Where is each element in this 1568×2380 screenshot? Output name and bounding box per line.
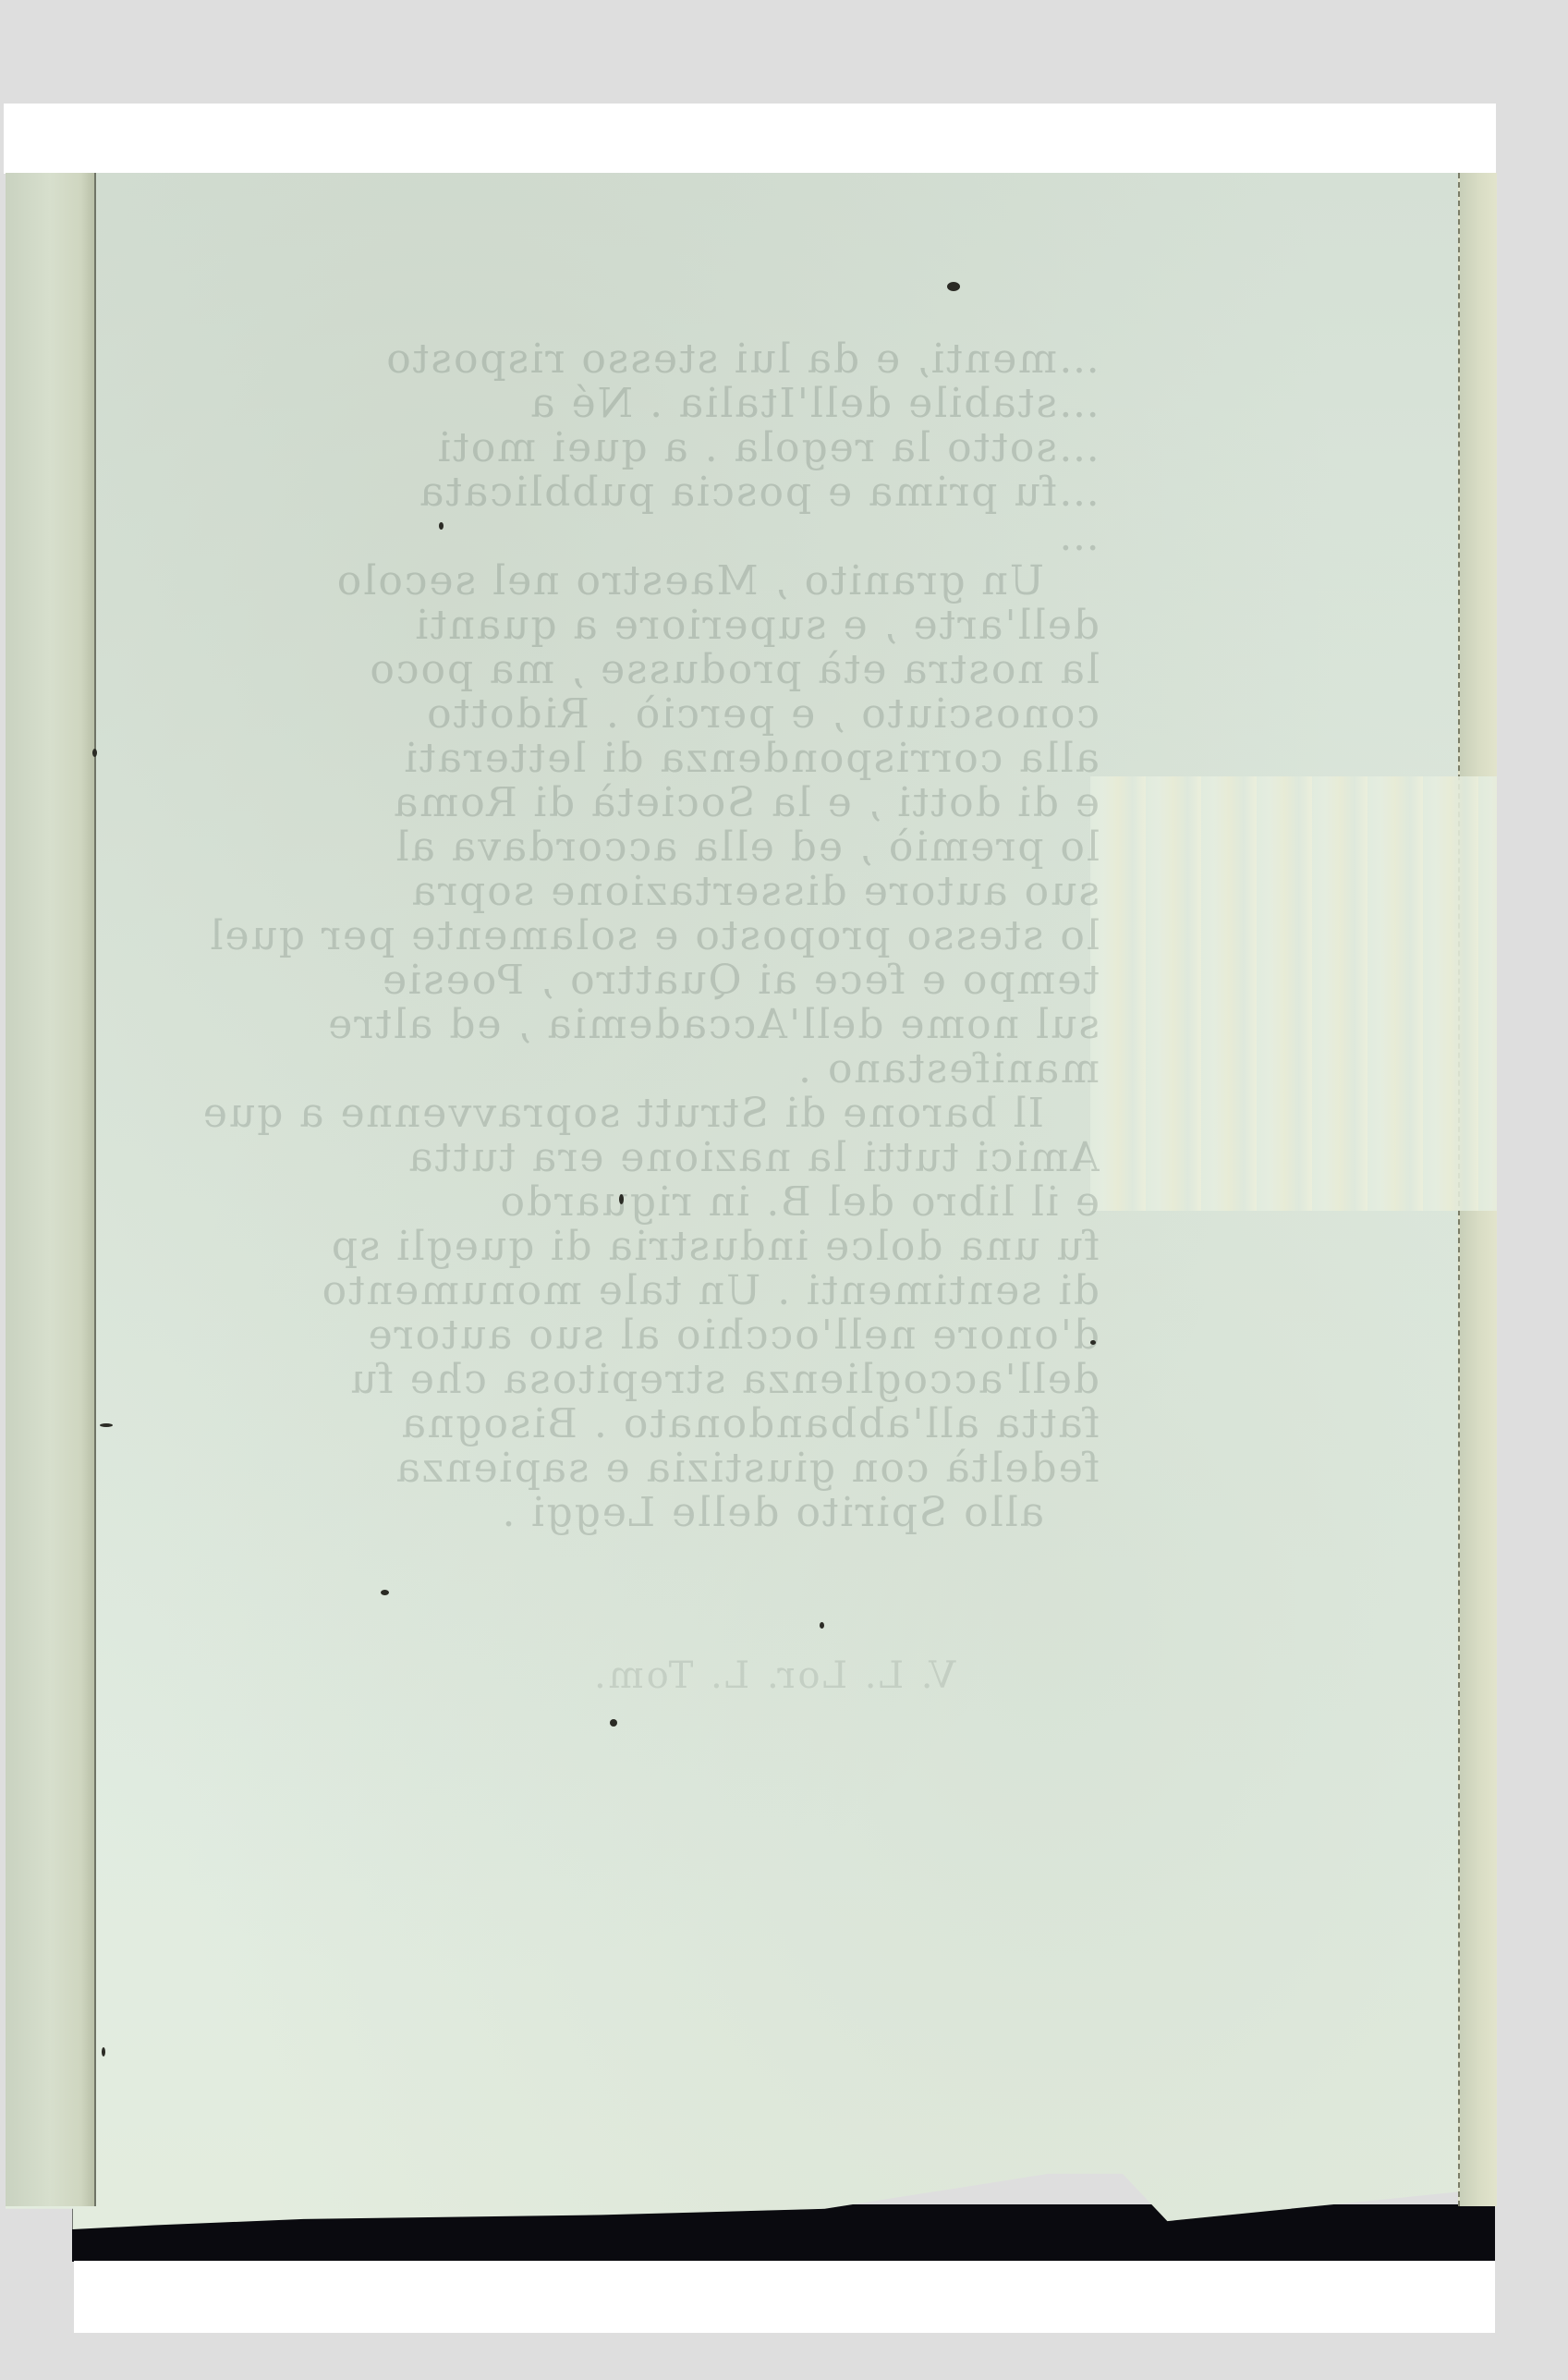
bleed-line: e di dotti , e la Società di Roma <box>194 781 1100 825</box>
paper-speck <box>102 2047 105 2057</box>
bleed-line: … <box>194 515 1100 559</box>
bleed-line: lo stesso proposto e solamente per quel <box>194 914 1100 958</box>
bleed-line: e il libro del B. in riguardo <box>194 1180 1100 1225</box>
bleed-line: Amici tutti la nazione era tutta <box>194 1136 1100 1180</box>
paper-speck <box>1090 1340 1096 1345</box>
bleed-line: fu una dolce industria di quegli sp <box>194 1225 1100 1269</box>
bleed-line: manifestano . <box>194 1047 1100 1092</box>
bleed-line: fatta all'abbandonato . Bisogna <box>194 1402 1100 1446</box>
bleed-line: conosciuto , e perciò . Ridotto <box>194 692 1100 737</box>
bleed-line: …stabile dell'Italia . Né a <box>194 382 1100 426</box>
bleed-line: la nostra età produsse , ma poco <box>194 648 1100 692</box>
binding-strip <box>6 173 96 2206</box>
paper-speck <box>610 1719 617 1727</box>
scanned-page: …menti, e da lui stesso risposto …stabil… <box>0 0 1568 2380</box>
paper-speck <box>439 522 444 530</box>
bleed-line: dell'accoglienza strepitosa che fu <box>194 1358 1100 1402</box>
bleed-line: …fu prima e poscia pubblicata <box>194 470 1100 515</box>
bleed-line: Il barone di Strutt sopravvenne a que <box>194 1092 1100 1136</box>
bleed-line: tempo e fece ai Quattro , Poesie <box>194 958 1100 1003</box>
bottom-white-margin <box>74 2261 1495 2333</box>
bleed-line: …menti, e da lui stesso risposto <box>194 337 1100 382</box>
bleed-line: Un granito , Maestro nel secolo <box>194 559 1100 604</box>
paper-speck <box>619 1194 624 1204</box>
bleed-line: dell'arte , e superiore a quanti <box>194 604 1100 648</box>
bleed-line: suo autore dissertazione sopra <box>194 870 1100 914</box>
bleed-line: allo Spirito delle Leggi . <box>194 1491 1100 1535</box>
bleed-through-text: …menti, e da lui stesso risposto …stabil… <box>194 337 1100 1535</box>
paper-speck <box>947 282 960 291</box>
top-white-margin <box>4 104 1496 174</box>
bleed-line: fedeltà con giustizia e sapienza <box>194 1446 1100 1491</box>
bleed-line: …sotto la regola . a quei moti <box>194 426 1100 470</box>
bleed-line: alla corrispondenza di letterati <box>194 737 1100 781</box>
bleed-line: di sentimenti . Un tale monumento <box>194 1269 1100 1313</box>
bleed-line: lo premiò , ed ella accordava al <box>194 825 1100 870</box>
paper-speck <box>820 1622 824 1629</box>
bleed-line: sul nome dell'Accademia , ed altre <box>194 1003 1100 1047</box>
paper-speck <box>92 749 97 757</box>
paper-speck <box>100 1423 113 1427</box>
bleed-footer-mark: V. L. Lor. L. Tom. <box>591 1654 955 1697</box>
scan-smear-artifact <box>1090 776 1497 1211</box>
paper-speck <box>381 1590 389 1595</box>
bleed-line: d'onore nell'occhio al suo autore <box>194 1313 1100 1358</box>
